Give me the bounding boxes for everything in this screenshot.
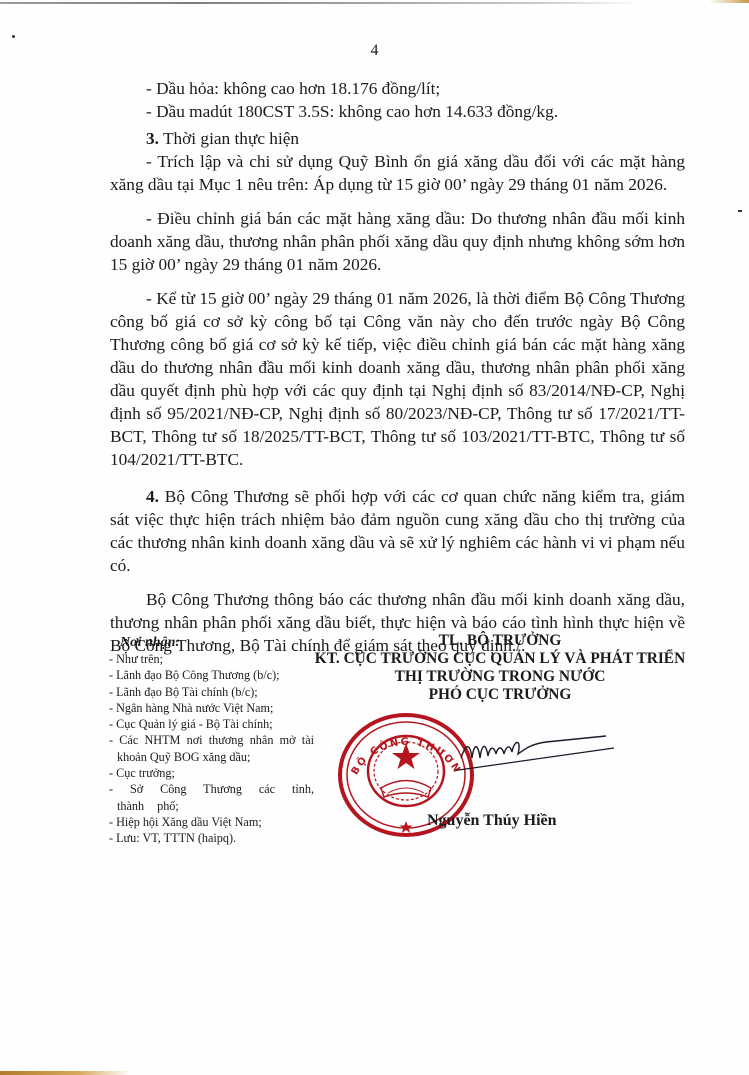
- scan-speck: [738, 210, 742, 212]
- recipient-item: - Hiệp hội Xăng dầu Việt Nam;: [109, 814, 314, 830]
- recipient-item: - Sở Công Thương các tỉnh, thành phố;: [109, 781, 314, 814]
- star-icon: [400, 821, 413, 833]
- page-number: 4: [0, 42, 749, 60]
- recipients-block: Nơi nhận: - Như trên; - Lãnh đạo Bộ Công…: [109, 634, 314, 847]
- section-4-text: Bộ Công Thương sẽ phối hợp với các cơ qu…: [110, 487, 685, 575]
- recipient-item: - Các NHTM nơi thương nhân mở tài khoản …: [109, 732, 314, 765]
- section-3-paragraph-1: - Trích lập và chi sử dụng Quỹ Bình ổn g…: [110, 150, 685, 196]
- recipient-item: - Cục Quản lý giá - Bộ Tài chính;: [109, 716, 314, 732]
- scan-edge-bottom: [0, 1071, 130, 1075]
- signature-title-line: KT. CỤC TRƯỞNG CỤC QUẢN LÝ VÀ PHÁT TRIỂN: [300, 650, 700, 668]
- scan-edge-top-right: [709, 0, 749, 3]
- handwritten-signature: [456, 718, 616, 788]
- scan-edge-top: [0, 2, 640, 4]
- signature-title-line: PHÓ CỤC TRƯỞNG: [300, 686, 700, 704]
- section-3-paragraph-3: - Kể từ 15 giờ 00’ ngày 29 tháng 01 năm …: [110, 287, 685, 471]
- recipient-item: - Cục trưởng;: [109, 765, 314, 781]
- recipient-item: - Ngân hàng Nhà nước Việt Nam;: [109, 700, 314, 716]
- section-3-number: 3.: [146, 129, 159, 148]
- section-3-paragraph-2: - Điều chỉnh giá bán các mặt hàng xăng d…: [110, 207, 685, 276]
- section-4-number: 4.: [146, 487, 159, 506]
- recipient-item: - Lãnh đạo Bộ Tài chính (b/c);: [109, 684, 314, 700]
- signature-title-line: TL. BỘ TRƯỞNG: [300, 632, 700, 650]
- recipients-title: Nơi nhận:: [120, 634, 314, 651]
- signature-title-line: THỊ TRƯỜNG TRONG NƯỚC: [300, 668, 700, 686]
- section-3-heading: 3. Thời gian thực hiện: [110, 127, 685, 150]
- price-item-kerosene: - Dầu hỏa: không cao hơn 18.176 đồng/lít…: [110, 77, 685, 100]
- signature-block: TL. BỘ TRƯỞNG KT. CỤC TRƯỞNG CỤC QUẢN LÝ…: [300, 632, 700, 704]
- recipient-item: - Như trên;: [109, 651, 314, 667]
- price-item-fuel-oil: - Dầu madút 180CST 3.5S: không cao hơn 1…: [110, 100, 685, 123]
- scan-speck: [12, 35, 15, 38]
- section-3-title: Thời gian thực hiện: [159, 129, 299, 148]
- signer-name: Nguyễn Thúy Hiền: [427, 812, 557, 830]
- section-4-paragraph: 4. Bộ Công Thương sẽ phối hợp với các cơ…: [110, 485, 685, 577]
- recipient-item: - Lưu: VT, TTTN (haipq).: [109, 830, 314, 846]
- recipient-item: - Lãnh đạo Bộ Công Thương (b/c);: [109, 667, 314, 683]
- document-body: - Dầu hỏa: không cao hơn 18.176 đồng/lít…: [110, 77, 685, 657]
